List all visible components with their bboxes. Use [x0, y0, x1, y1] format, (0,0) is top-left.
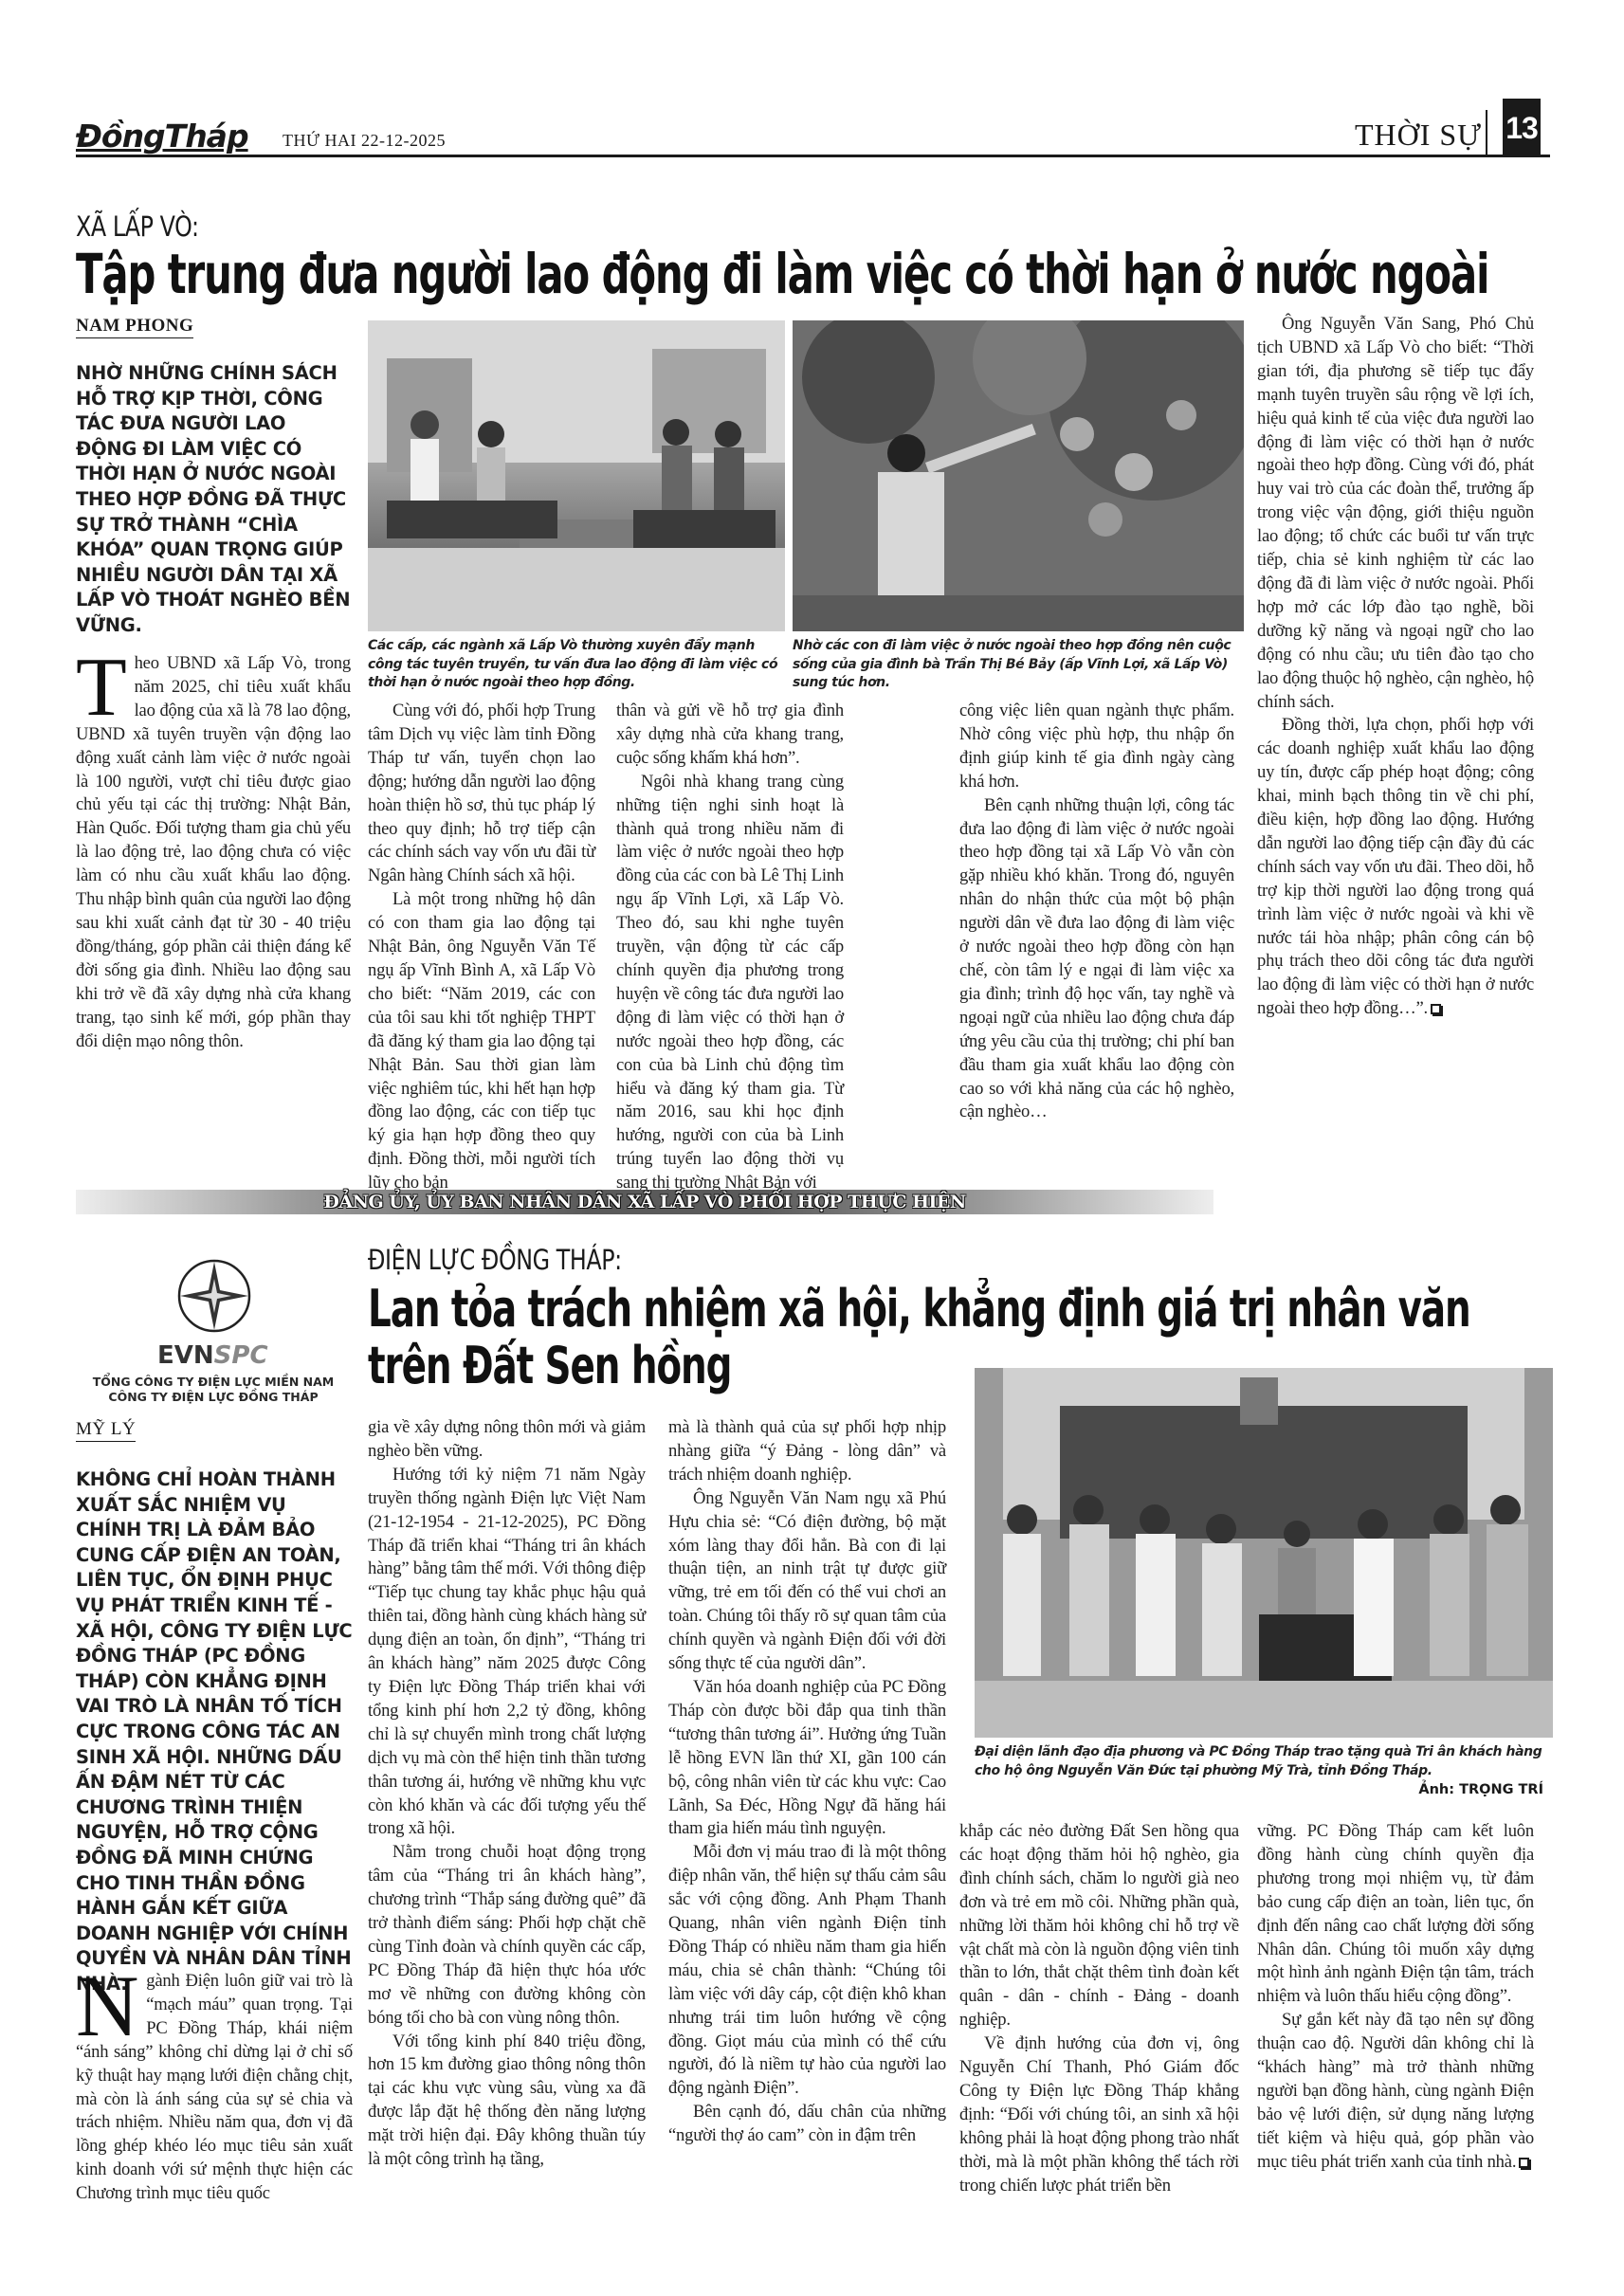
paragraph: Cùng với đó, phối hợp Trung tâm Dịch vụ …	[368, 700, 595, 888]
article1-column-5: Ông Nguyễn Văn Sang, Phó Chủ tịch UBND x…	[1257, 313, 1534, 1021]
paragraph: Hướng tới kỷ niệm 71 năm Ngày truyền thố…	[368, 1464, 646, 1842]
article2-photo	[975, 1368, 1553, 1738]
photo-credit: Ảnh: TRỌNG TRÍ	[975, 1782, 1543, 1797]
article1-byline: NAM PHONG	[76, 316, 193, 338]
article2-column-1: Ngành Điện luôn giữ vai trò là “mạch máu…	[76, 1970, 353, 2206]
paragraph: mà là thành quả của sự phối hợp nhịp nhà…	[668, 1416, 946, 1487]
paragraph: gia về xây dựng nông thôn mới và giảm ng…	[368, 1416, 646, 1464]
paragraph: Bên cạnh đó, dấu chân của những “người t…	[668, 2101, 946, 2148]
paragraph: Nằm trong chuỗi hoạt động trọng tâm của …	[368, 1841, 646, 2030]
article1-photo-2-caption: Nhờ các con đi làm việc ở nước ngoài the…	[793, 637, 1244, 693]
photo-fruit-tree-icon	[793, 320, 1244, 631]
sponsor-banner: ĐẢNG ỦY, ỦY BAN NHÂN DÂN XÃ LẤP VÒ PHỐI …	[76, 1190, 1213, 1214]
article1-headline: Tập trung đưa người lao động đi làm việc…	[76, 245, 1488, 303]
article1-column-1: Theo UBND xã Lấp Vò, trong năm 2025, chỉ…	[76, 652, 351, 1053]
divider	[1486, 110, 1487, 157]
article1-byline-wrap: NAM PHONG	[76, 316, 193, 338]
evn-parent-company: TỔNG CÔNG TY ĐIỆN LỰC MIỀN NAM	[76, 1375, 351, 1390]
article2-byline: MỸ LÝ	[76, 1419, 136, 1442]
article2-headline-line-1: Lan tỏa trách nhiệm xã hội, khẳng định g…	[368, 1280, 1470, 1339]
paragraph: Văn hóa doanh nghiệp của PC Đồng Tháp cò…	[668, 1676, 946, 1841]
issue-date: THỨ HAI 22-12-2025	[283, 131, 446, 151]
masthead: ĐồngTháp THỨ HAI 22-12-2025 THỜI SỰ	[76, 116, 1550, 157]
paragraph: công việc liên quan ngành thực phẩm. Nhờ…	[959, 700, 1234, 794]
article1-column-3: thân và gửi về hỗ trợ gia đình xây dựng …	[616, 700, 844, 1195]
article1-photo-1	[368, 320, 785, 631]
page-number: 13	[1503, 99, 1541, 157]
article2-kicker: ĐIỆN LỰC ĐỒNG THÁP:	[368, 1244, 622, 1276]
article1-kicker: XÃ LẤP VÒ:	[76, 210, 199, 243]
end-mark-icon	[1431, 1004, 1441, 1014]
article2-headline-line-2: trên Đất Sen hồng	[368, 1337, 731, 1395]
paragraph: Sự gắn kết này đã tạo nên sự đồng thuận …	[1257, 2010, 1534, 2171]
paragraph: Đồng thời, lựa chọn, phối hợp với các do…	[1257, 715, 1534, 1018]
banner-text: ĐẢNG ỦY, ỦY BAN NHÂN DÂN XÃ LẤP VÒ PHỐI …	[76, 1190, 1213, 1214]
dropcap: T	[76, 656, 127, 720]
evn-logo-text: EVNSPC	[157, 1341, 268, 1370]
paragraph: thân và gửi về hỗ trợ gia đình xây dựng …	[616, 700, 844, 771]
article2-byline-wrap: MỸ LÝ	[76, 1419, 136, 1442]
paragraph: Về định hướng của đơn vị, ông Nguyễn Chí…	[959, 2032, 1239, 2197]
spc-text: SPC	[214, 1341, 268, 1370]
article1-column-2: Cùng với đó, phối hợp Trung tâm Dịch vụ …	[368, 700, 595, 1195]
article1-column-4: công việc liên quan ngành thực phẩm. Nhờ…	[959, 700, 1234, 1124]
paragraph: Ngôi nhà khang trang cùng những tiện ngh…	[616, 771, 844, 1195]
paragraph: Mỗi đơn vị máu trao đi là một thông điệp…	[668, 1841, 946, 2101]
evn-company: CÔNG TY ĐIỆN LỰC ĐỒNG THÁP	[76, 1390, 351, 1405]
dropcap: N	[76, 1974, 138, 2038]
section-title: THỜI SỰ	[1355, 118, 1482, 153]
end-mark-icon	[1519, 2158, 1529, 2168]
article1-photo-1-caption: Các cấp, các ngành xã Lấp Vò thường xuyê…	[368, 637, 785, 693]
article2-photo-caption: Đại diện lãnh đạo địa phương và PC Đồng …	[975, 1743, 1553, 1780]
article2-column-3: mà là thành quả của sự phối hợp nhịp nhà…	[668, 1416, 946, 2148]
newspaper-logo: ĐồngTháp	[76, 118, 248, 155]
paragraph: Ông Nguyễn Văn Nam ngụ xã Phú Hựu chia s…	[668, 1487, 946, 1676]
photo-gift-ceremony-icon	[975, 1368, 1553, 1738]
paragraph: Bên cạnh những thuận lợi, công tác đưa l…	[959, 794, 1234, 1125]
paragraph: Là một trong những hộ dân có con tham gi…	[368, 888, 595, 1195]
paragraph: vững. PC Đồng Tháp cam kết luôn đồng hàn…	[1257, 1820, 1534, 2009]
article2-column-5: vững. PC Đồng Tháp cam kết luôn đồng hàn…	[1257, 1820, 1534, 2175]
evn-text: EVN	[157, 1341, 214, 1370]
evn-logo-block: EVNSPC TỔNG CÔNG TY ĐIỆN LỰC MIỀN NAM CÔ…	[76, 1256, 351, 1427]
article2-lede: Không chỉ hoàn thành xuất sắc nhiệm vụ c…	[76, 1467, 356, 1996]
article2-column-4: khắp các nẻo đường Đất Sen hồng qua các …	[959, 1820, 1239, 2198]
paragraph: Ông Nguyễn Văn Sang, Phó Chủ tịch UBND x…	[1257, 313, 1534, 714]
evn-star-icon	[176, 1258, 252, 1334]
article1-photo-2	[793, 320, 1244, 631]
article1-lede: Nhờ những chính sách hỗ trợ kịp thời, cô…	[76, 361, 351, 639]
photo-family-icon	[368, 320, 785, 631]
paragraph: Với tổng kinh phí 840 triệu đồng, hơn 15…	[368, 2031, 646, 2172]
paragraph: khắp các nẻo đường Đất Sen hồng qua các …	[959, 1820, 1239, 2032]
article2-column-2: gia về xây dựng nông thôn mới và giảm ng…	[368, 1416, 646, 2172]
